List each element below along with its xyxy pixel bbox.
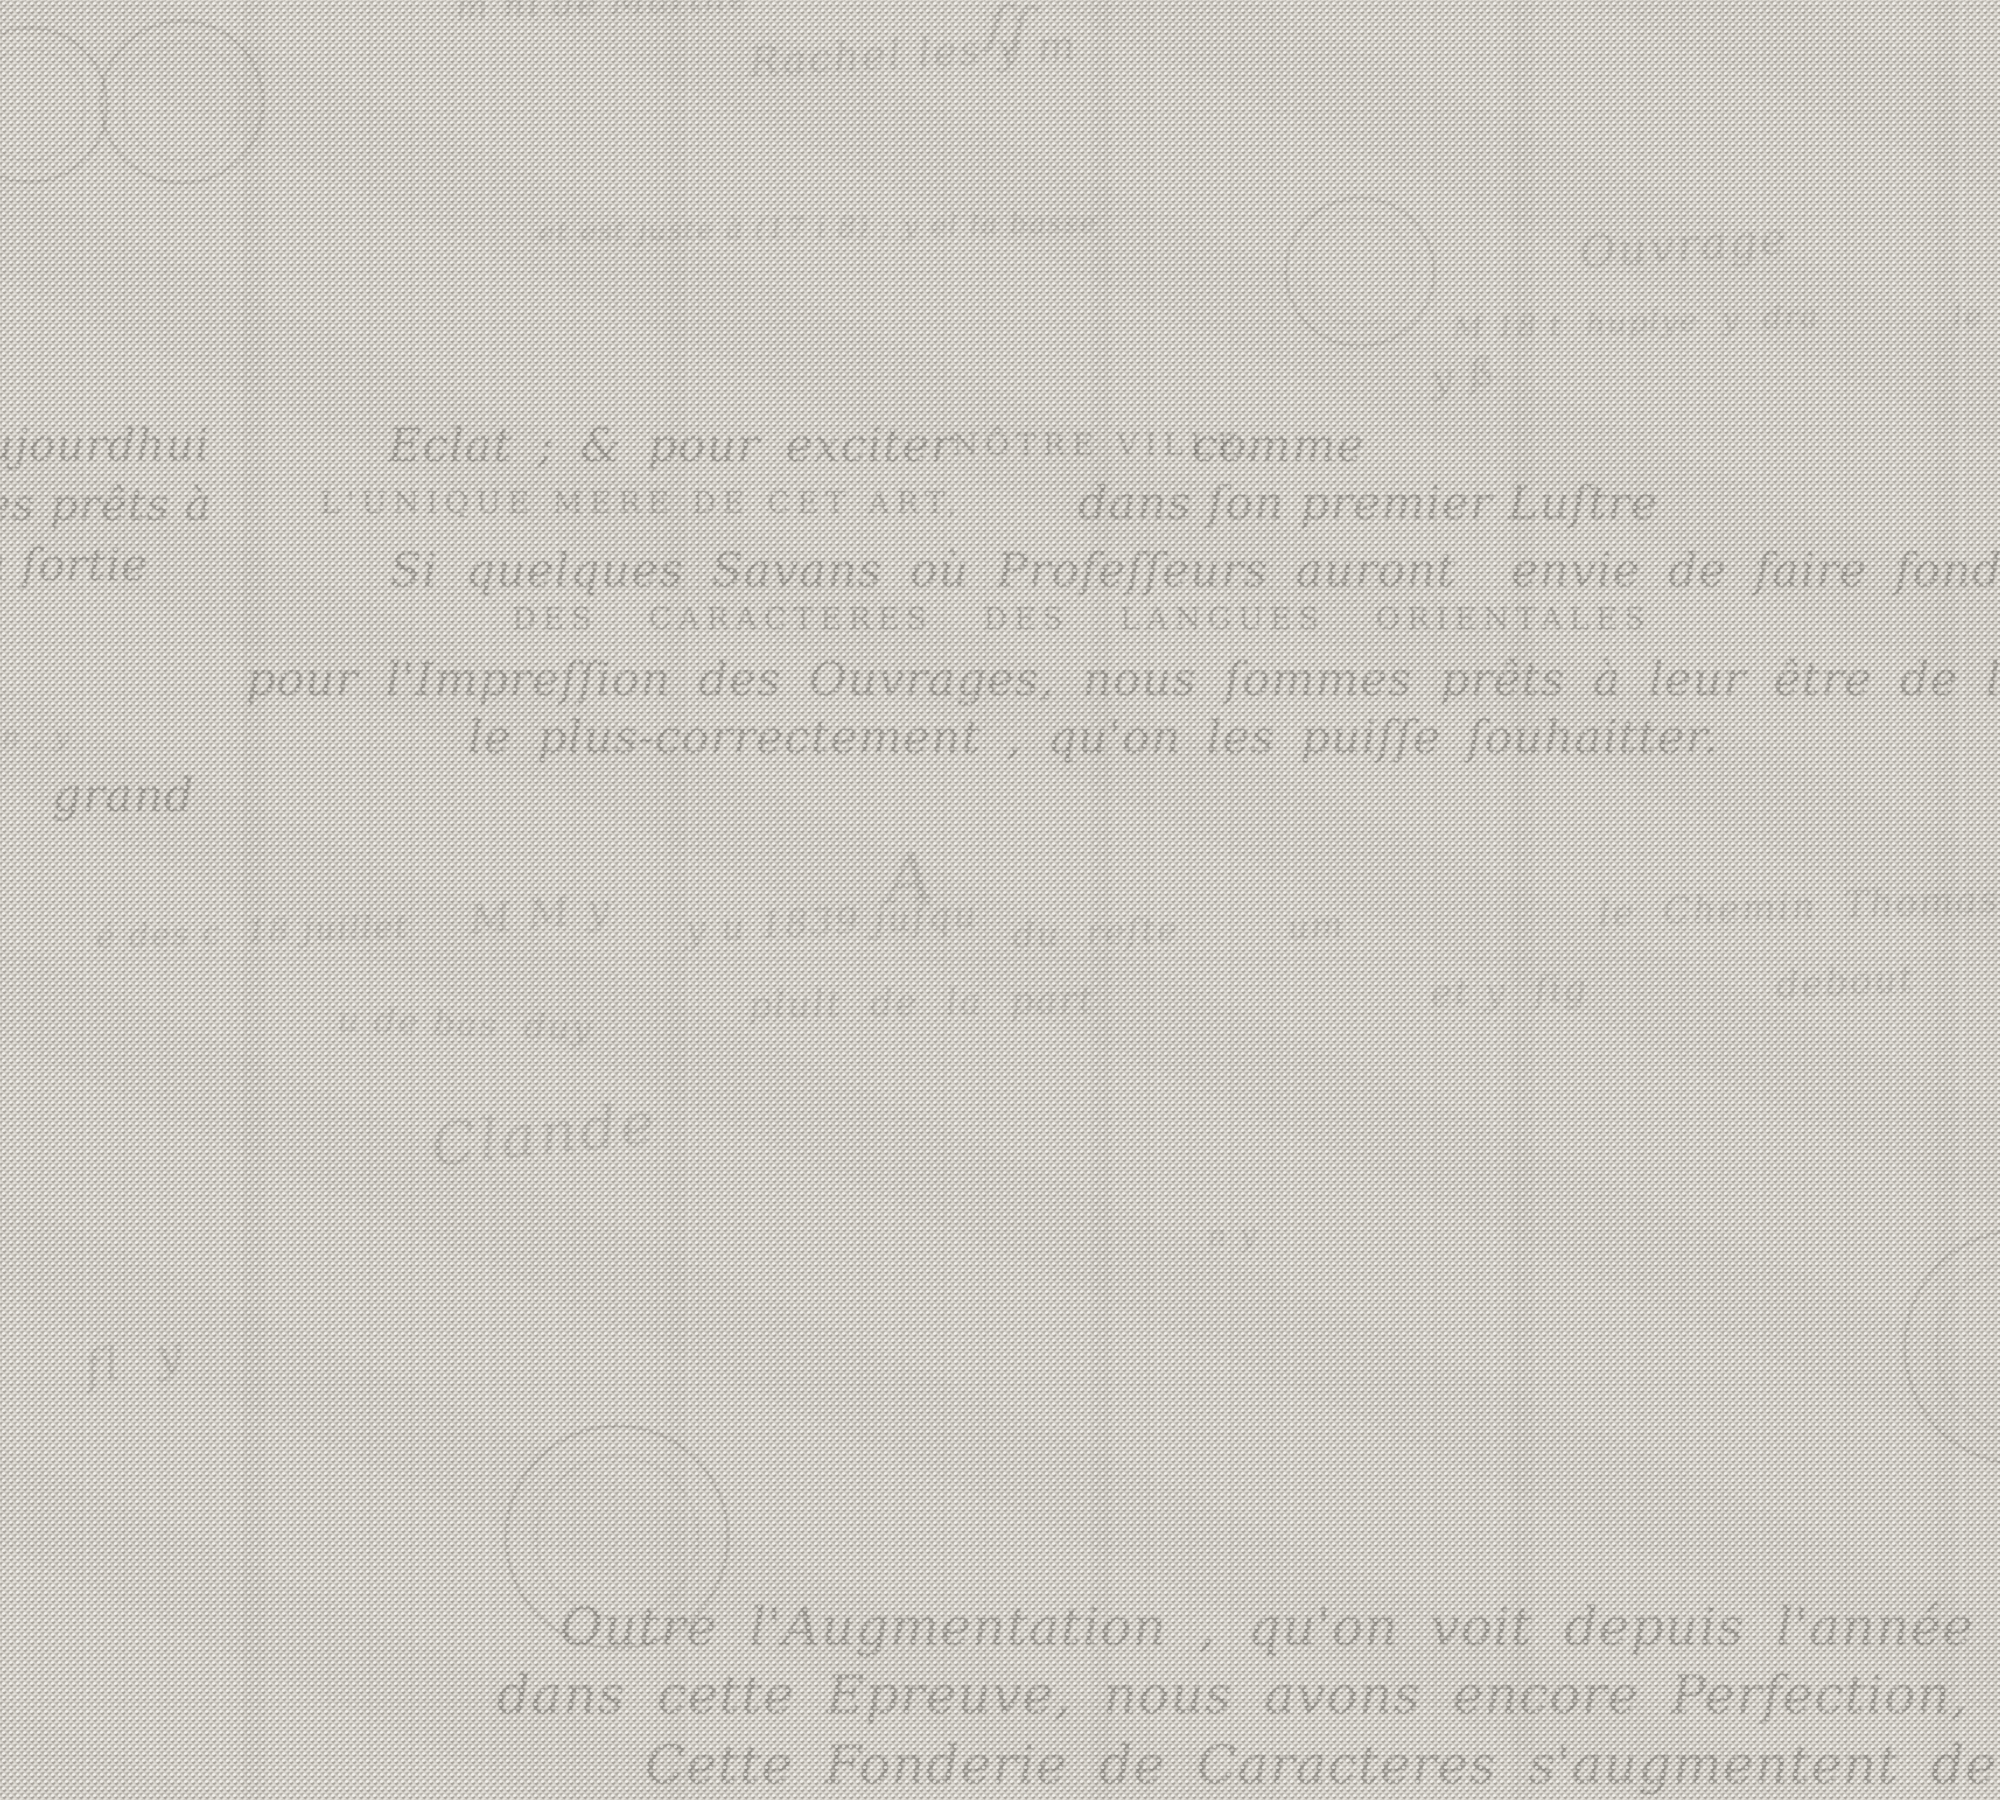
main-line1-script-a: Eclat ; & pour exciter [388, 418, 953, 472]
main-line5: pour l'Impreſſion des Ouvrages, nous ſom… [246, 652, 2000, 706]
top-scribble-1: m ní de Marthe [455, 0, 751, 28]
bottom-line3: Cette Fonderie de Caracteres s'augmenten… [645, 1736, 2000, 1796]
bottom-line2: dans cette Epreuve, nous avons encore Pe… [497, 1666, 2000, 1726]
left-grand: grand [52, 768, 195, 822]
hw-right-names: le Chemin Thomas [1598, 880, 2000, 935]
hw-du-reste: du reſte [1012, 910, 1180, 956]
hw-et-y: et y ſig [1430, 968, 1589, 1014]
top-flourish: ſſ [983, 0, 1036, 60]
wallpaper-canvas: m ní de MartheRachel les y mſſet est jus… [0, 0, 2000, 1800]
main-line1-script-b: comme [1192, 418, 1365, 472]
top-right-word: Ouvrage [1578, 213, 1790, 278]
main-line4-caps: DES CARACTERES DES LANGUES ORIENTALES [512, 602, 1651, 637]
top-right-edge-frag: le [1952, 298, 1985, 335]
hw-bas-duy: u de bas duy [337, 1000, 594, 1049]
hw-um: um [1286, 905, 1346, 948]
hw-18-juillet: é des c 18 juillet [95, 907, 410, 956]
hw-debout: debout [1775, 959, 1917, 1007]
left-small-frag: n , y [2, 720, 71, 753]
main-line6: le plus-correctement , qu'on les puiſſe … [468, 710, 1719, 764]
hw-big-scribble: Clande [428, 1088, 661, 1179]
hw-1839: y u 1839 juſqu [684, 895, 979, 951]
left-aujourdhui: aujourdhui [0, 420, 210, 471]
top-right-swash: y ß [1428, 349, 1499, 402]
postmark-right-edge [1904, 1229, 2000, 1465]
main-line2-caps: L'UNIQUE MERE DE CET ART, [320, 486, 963, 521]
postmark-bottom-left [505, 1425, 729, 1649]
left-prets-a: mes prêts à [0, 480, 212, 531]
hw-part: plult de la part [748, 980, 1096, 1027]
hw-tall-scribble: M M y [468, 886, 613, 944]
left-sortie: au ſortie [0, 540, 148, 591]
top-right-scribble: M 18 t huplye y dra [1452, 299, 1820, 347]
hw-small-frag: n y [1206, 1216, 1260, 1254]
bottom-line1: Outre l'Augmentation , qu'on voit depuis… [560, 1598, 2000, 1658]
postmark-top-center [1285, 197, 1435, 347]
main-line2-script: dans ſon premier Luſtre [1078, 476, 1659, 530]
postmark-top-left-1 [0, 27, 108, 183]
top-scribble-3: et est juste à (17 i 8) ; y el la basse [538, 206, 1098, 249]
hw-lowleft-flourish: fl y [80, 1324, 189, 1395]
postmark-top-left-2 [100, 20, 264, 184]
main-line3: Si quelques Savans où Profeſſeurs auront… [390, 543, 2000, 597]
